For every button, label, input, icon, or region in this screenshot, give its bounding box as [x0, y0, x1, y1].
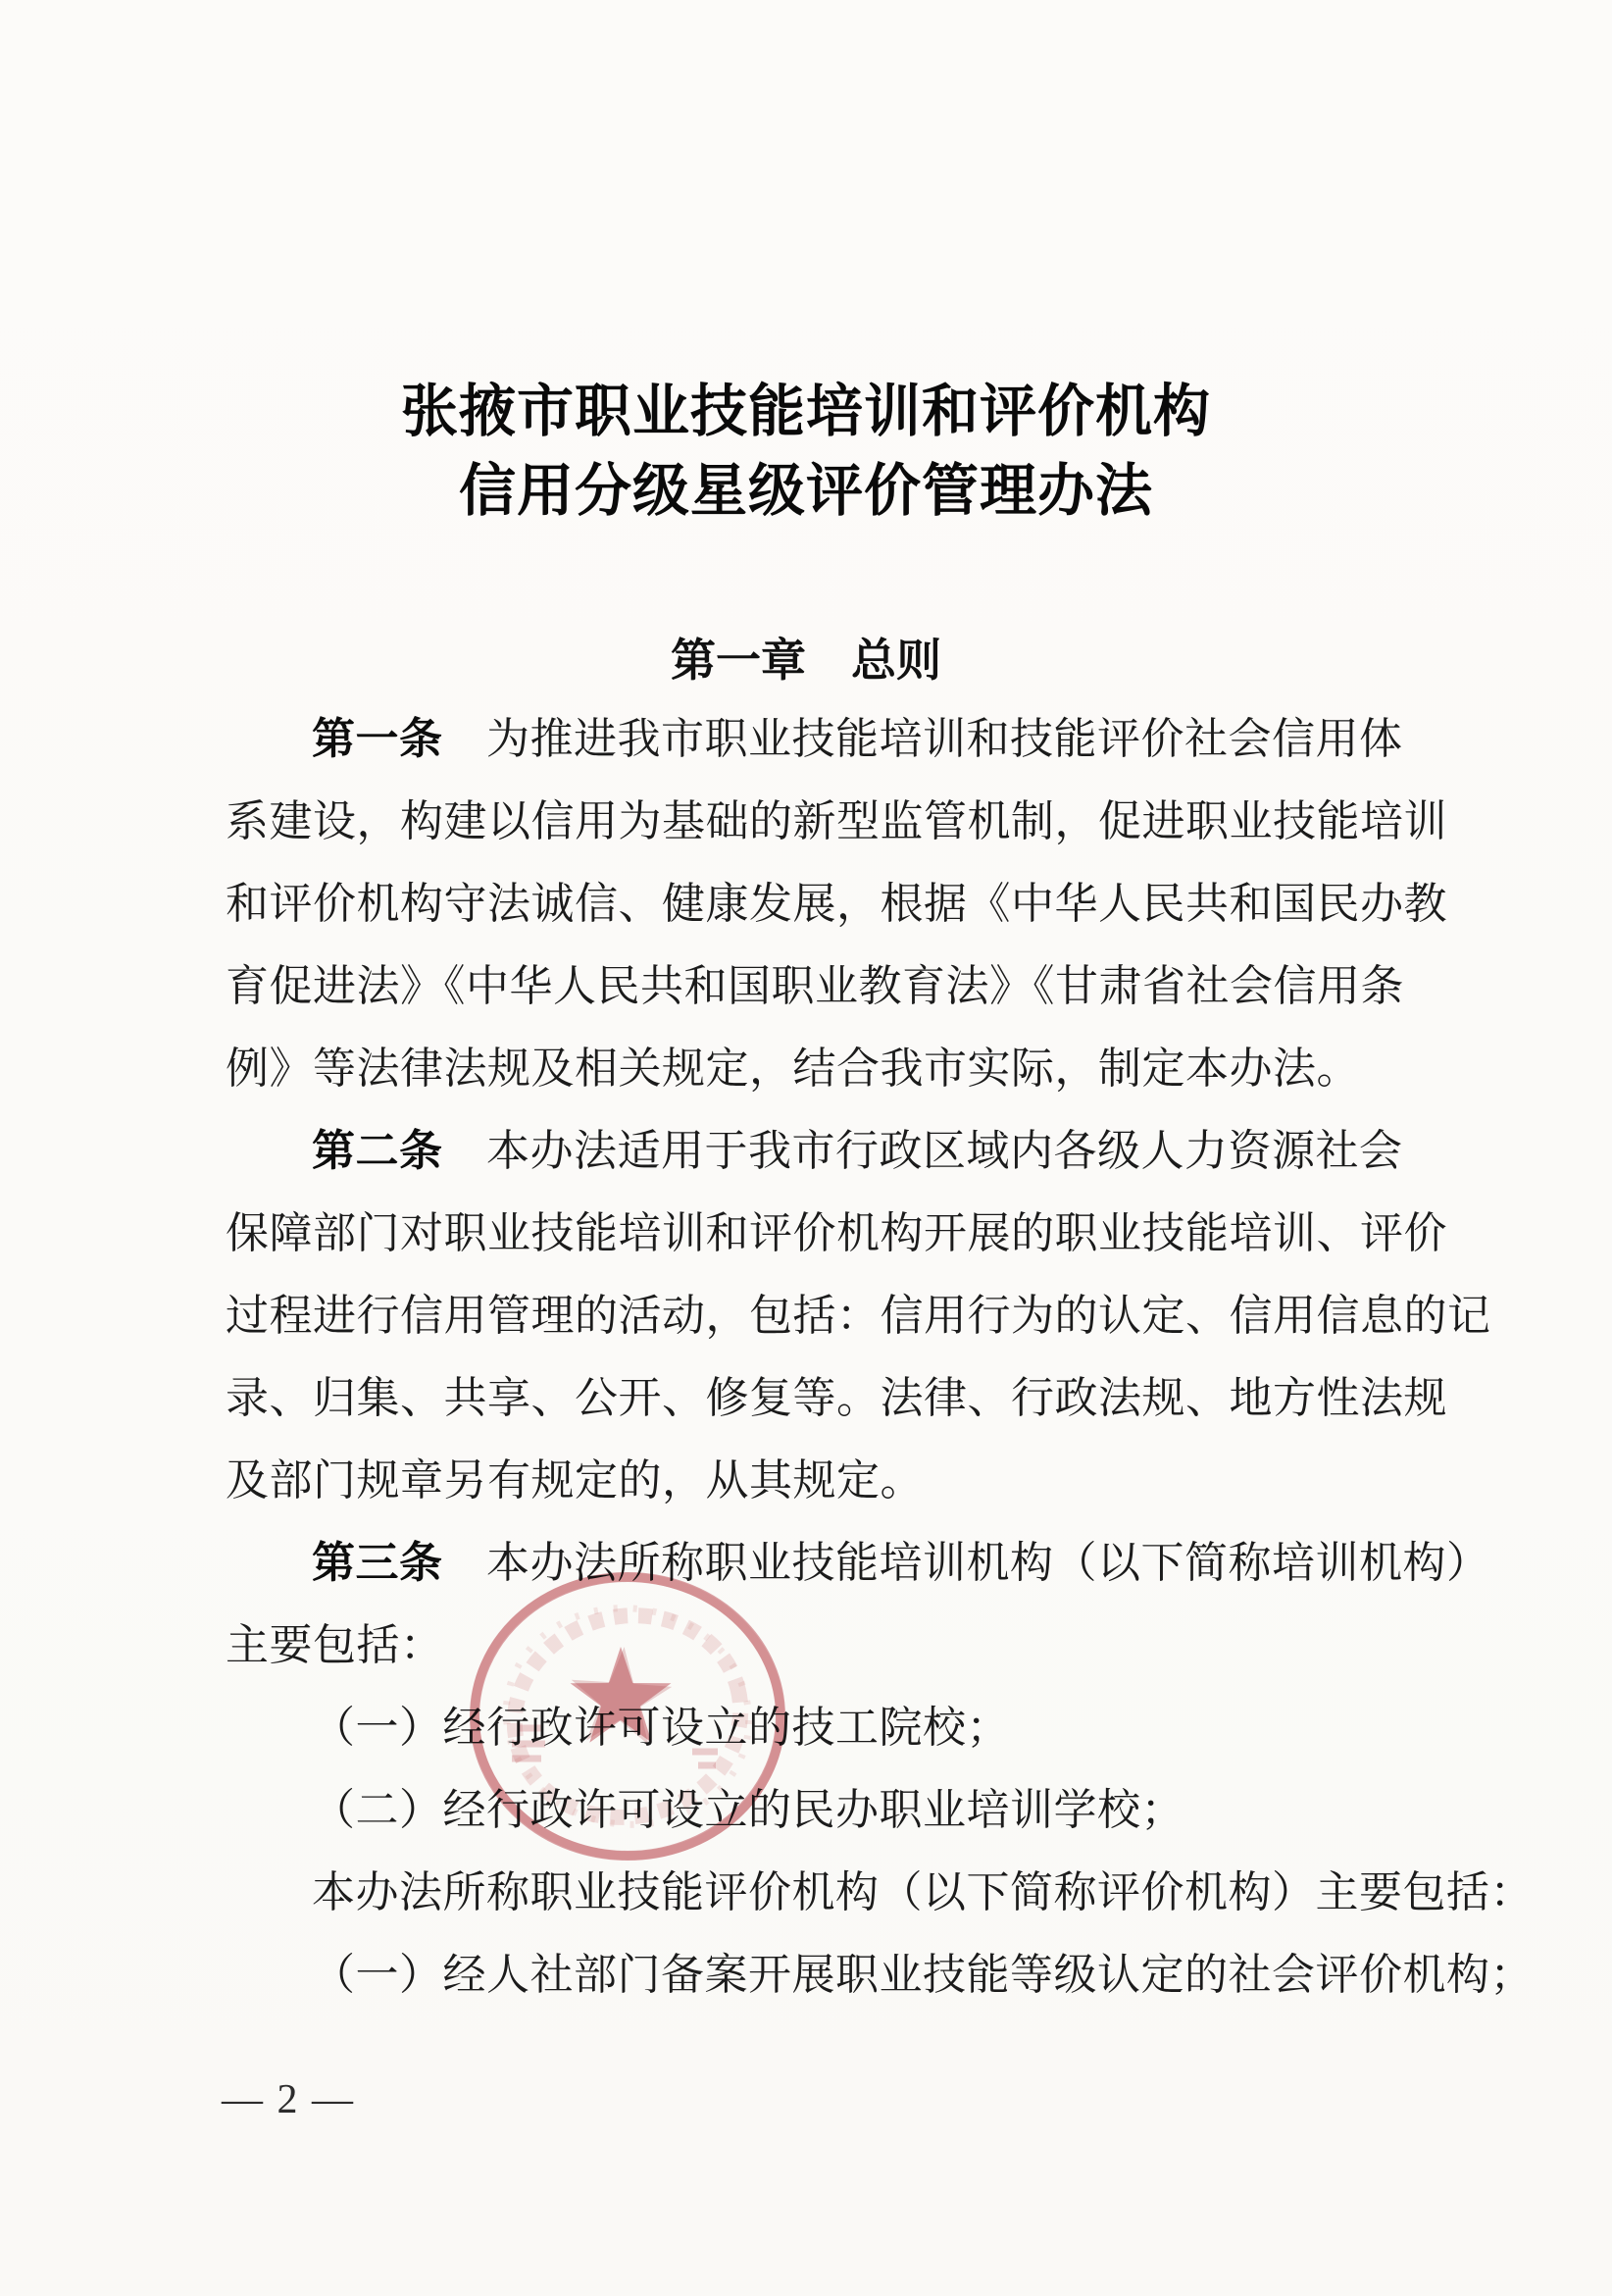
text-line: 及部门规章另有规定的，从其规定。	[226, 1440, 1479, 1522]
article-number-label: 第一条	[312, 715, 443, 763]
text-line: 和评价机构守法诚信、健康发展，根据《中华人民共和国民办教	[226, 863, 1479, 945]
text-line: 系建设，构建以信用为基础的新型监管机制，促进职业技能培训	[226, 781, 1479, 863]
article-number-label: 第三条	[312, 1539, 443, 1587]
document-title-line-1: 张掖市职业技能培训和评价机构	[0, 381, 1612, 443]
document-page: 张掖市职业技能培训和评价机构 信用分级星级评价管理办法 第一章 总则 第一条 为…	[0, 0, 1612, 2296]
text-line: （二）经行政许可设立的民办职业培训学校；	[226, 1769, 1479, 1852]
page-number: — 2 —	[222, 2077, 355, 2122]
text-line: （一）经人社部门备案开展职业技能等级认定的社会评价机构；	[226, 1934, 1479, 2016]
document-title-line-2: 信用分级星级评价管理办法	[0, 460, 1612, 523]
text-line: 主要包括：	[226, 1605, 1479, 1687]
text-line: 第一条 为推进我市职业技能培训和技能评价社会信用体	[226, 698, 1479, 781]
text-line: 本办法所称职业技能评价机构（以下简称评价机构）主要包括：	[226, 1852, 1479, 1934]
chapter-heading: 第一章 总则	[0, 633, 1612, 688]
text-line: 育促进法》《中华人民共和国职业教育法》《甘肃省社会信用条	[226, 945, 1479, 1028]
text-line: 例》等法律法规及相关规定，结合我市实际，制定本办法。	[226, 1028, 1479, 1110]
text-line: 过程进行信用管理的活动，包括：信用行为的认定、信用信息的记	[226, 1275, 1479, 1357]
body-lines: 第一条 为推进我市职业技能培训和技能评价社会信用体系建设，构建以信用为基础的新型…	[226, 698, 1479, 2016]
text-line: （一）经行政许可设立的技工院校；	[226, 1687, 1479, 1769]
article-number-label: 第二条	[312, 1127, 443, 1175]
text-line: 录、归集、共享、公开、修复等。法律、行政法规、地方性法规	[226, 1357, 1479, 1440]
text-line: 保障部门对职业技能培训和评价机构开展的职业技能培训、评价	[226, 1193, 1479, 1275]
text-line: 第三条 本办法所称职业技能培训机构（以下简称培训机构）	[226, 1522, 1479, 1605]
text-line: 第二条 本办法适用于我市行政区域内各级人力资源社会	[226, 1110, 1479, 1193]
